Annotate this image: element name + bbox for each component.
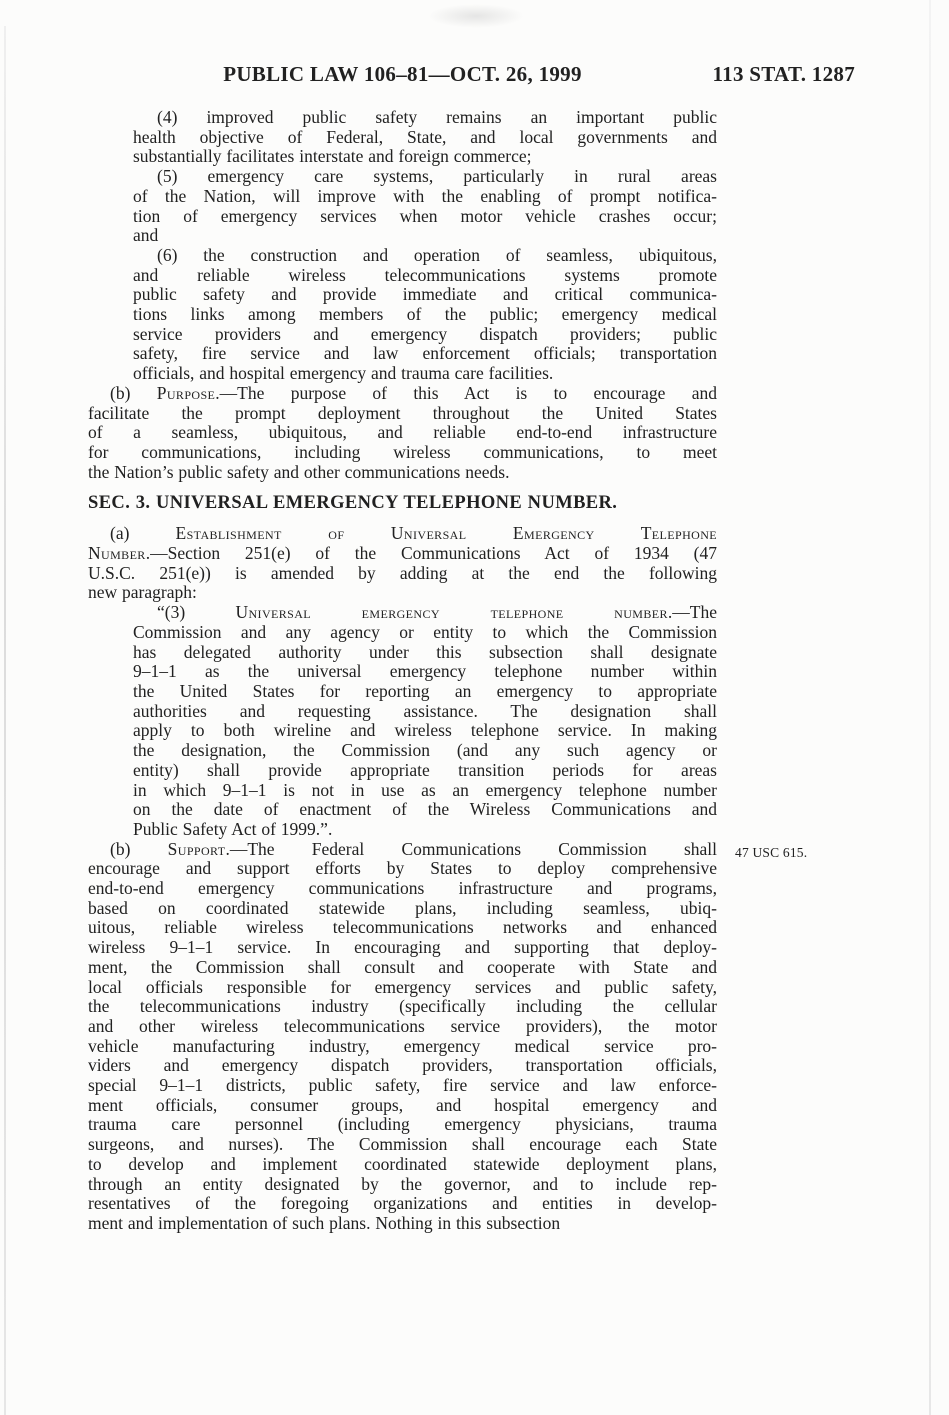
text-line: health objective of Federal, State, and … bbox=[133, 128, 717, 148]
text-line: local officials responsible for emergenc… bbox=[88, 978, 717, 998]
text-line: ment and implementation of such plans. N… bbox=[88, 1214, 717, 1234]
text-line: encourage and support efforts by States … bbox=[88, 859, 717, 879]
paragraph-finding-6: (6) the construction and operation of se… bbox=[133, 246, 717, 384]
small-caps-run: Purpose bbox=[157, 383, 216, 403]
text-line: uitous, reliable wireless telecommunicat… bbox=[88, 918, 717, 938]
text-line: and reliable wireless telecommunications… bbox=[133, 266, 717, 286]
small-caps-run: Universal emergency telephone number bbox=[235, 602, 667, 622]
running-head-law-title: PUBLIC LAW 106–81—OCT. 26, 1999 bbox=[88, 62, 717, 87]
small-caps-run: Establishment of Universal Emergency Tel… bbox=[176, 523, 717, 543]
text-line: (b) Purpose.—The purpose of this Act is … bbox=[88, 384, 717, 404]
margin-note-usc-citation: 47 USC 615. bbox=[735, 845, 807, 861]
text-line: apply to both wireline and wireless tele… bbox=[133, 721, 717, 741]
text-line: service providers and emergency dispatch… bbox=[133, 325, 717, 345]
paragraph-purpose: (b) Purpose.—The purpose of this Act is … bbox=[88, 384, 717, 483]
text-line: public safety and provide immediate and … bbox=[133, 285, 717, 305]
text-line: (b) Support.—The Federal Communications … bbox=[88, 840, 717, 860]
text-line: substantially facilitates interstate and… bbox=[133, 147, 717, 167]
text-line: for communications, including wireless c… bbox=[88, 443, 717, 463]
text-line: viders and emergency dispatch providers,… bbox=[88, 1056, 717, 1076]
text-line: “(3) Universal emergency telephone numbe… bbox=[133, 603, 717, 623]
text-line: Commission and any agency or entity to w… bbox=[133, 623, 717, 643]
text-line: authorities and requesting assistance. T… bbox=[133, 702, 717, 722]
paragraph-finding-5: (5) emergency care systems, particularly… bbox=[133, 167, 717, 246]
text-line: ment officials, consumer groups, and hos… bbox=[88, 1096, 717, 1116]
text-line: has delegated authority under this subse… bbox=[133, 643, 717, 663]
text-line: of the Nation, will improve with the ena… bbox=[133, 187, 717, 207]
paragraph-universal-number: “(3) Universal emergency telephone numbe… bbox=[133, 603, 717, 839]
document-body: (4) improved public safety remains an im… bbox=[88, 108, 717, 1234]
text-line: officials, and hospital emergency and tr… bbox=[133, 364, 717, 384]
text-line: through an entity designated by the gove… bbox=[88, 1175, 717, 1195]
text-line: Number.—Section 251(e) of the Communicat… bbox=[88, 544, 717, 564]
text-line: special 9–1–1 districts, public safety, … bbox=[88, 1076, 717, 1096]
text-line: Public Safety Act of 1999.”. bbox=[133, 820, 717, 840]
text-line: trauma care personnel (including emergen… bbox=[88, 1115, 717, 1135]
text-line: the designation, the Commission (and any… bbox=[133, 741, 717, 761]
text-line: the Nation’s public safety and other com… bbox=[88, 463, 717, 483]
text-line: and bbox=[133, 226, 717, 246]
text-line: resentatives of the foregoing organizati… bbox=[88, 1194, 717, 1214]
text-line: ment, the Commission shall consult and c… bbox=[88, 958, 717, 978]
text-line: to develop and implement coordinated sta… bbox=[88, 1155, 717, 1175]
text-line: (a) Establishment of Universal Emergency… bbox=[88, 524, 717, 544]
text-line: tion of emergency services when motor ve… bbox=[133, 207, 717, 227]
paragraph-sec-3-heading: SEC. 3. UNIVERSAL EMERGENCY TELEPHONE NU… bbox=[88, 491, 717, 515]
text-line: of a seamless, ubiquitous, and reliable … bbox=[88, 423, 717, 443]
text-line: end-to-end emergency communications infr… bbox=[88, 879, 717, 899]
scan-smudge bbox=[428, 4, 524, 28]
text-line: in which 9–1–1 is not in use as an emerg… bbox=[133, 781, 717, 801]
text-line: based on coordinated statewide plans, in… bbox=[88, 899, 717, 919]
text-line: U.S.C. 251(e)) is amended by adding at t… bbox=[88, 564, 717, 584]
text-line: surgeons, and nurses). The Commission sh… bbox=[88, 1135, 717, 1155]
running-head-stat-number: 113 STAT. 1287 bbox=[695, 62, 855, 87]
text-line: entity) shall provide appropriate transi… bbox=[133, 761, 717, 781]
text-line: on the date of enactment of the Wireless… bbox=[133, 800, 717, 820]
text-line: facilitate the prompt deployment through… bbox=[88, 404, 717, 424]
paragraph-support: (b) Support.—The Federal Communications … bbox=[88, 840, 717, 1234]
text-line: wireless 9–1–1 service. In encouraging a… bbox=[88, 938, 717, 958]
page-edge-line-right bbox=[929, 0, 931, 1415]
paragraph-establishment: (a) Establishment of Universal Emergency… bbox=[88, 524, 717, 603]
text-line: new paragraph: bbox=[88, 583, 717, 603]
text-line: vehicle manufacturing industry, emergenc… bbox=[88, 1037, 717, 1057]
text-line: (4) improved public safety remains an im… bbox=[133, 108, 717, 128]
text-line: the telecommunications industry (specifi… bbox=[88, 997, 717, 1017]
text-line: tions links among members of the public;… bbox=[133, 305, 717, 325]
text-line: SEC. 3. UNIVERSAL EMERGENCY TELEPHONE NU… bbox=[88, 491, 717, 515]
small-caps-run: Number bbox=[88, 543, 146, 563]
text-line: (6) the construction and operation of se… bbox=[133, 246, 717, 266]
text-line: (5) emergency care systems, particularly… bbox=[133, 167, 717, 187]
paragraph-finding-4: (4) improved public safety remains an im… bbox=[133, 108, 717, 167]
text-line: 9–1–1 as the universal emergency telepho… bbox=[133, 662, 717, 682]
text-line: and other wireless telecommunications se… bbox=[88, 1017, 717, 1037]
page-edge-line-left bbox=[4, 26, 6, 1415]
small-caps-run: Support bbox=[168, 839, 226, 859]
text-line: safety, fire service and law enforcement… bbox=[133, 344, 717, 364]
statute-page: PUBLIC LAW 106–81—OCT. 26, 1999 113 STAT… bbox=[0, 0, 949, 1415]
text-line: the United States for reporting an emerg… bbox=[133, 682, 717, 702]
